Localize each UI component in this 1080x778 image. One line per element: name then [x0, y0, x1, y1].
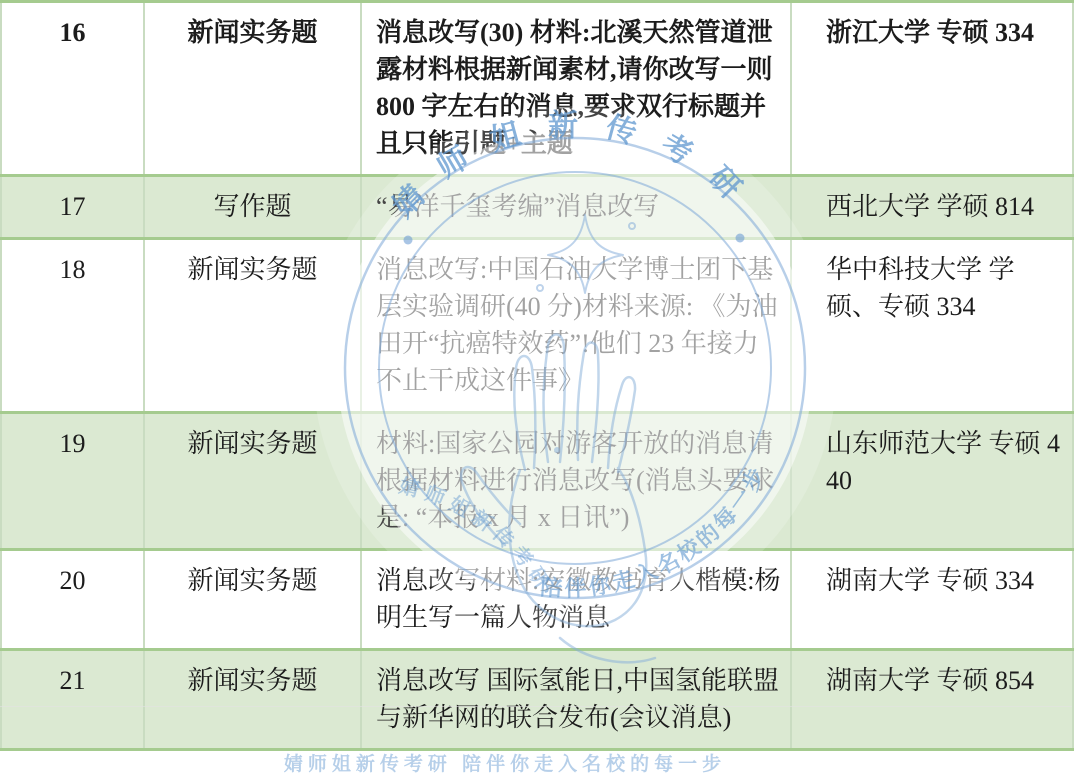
cell-question-content: “易洋千玺考编”消息改写	[361, 176, 791, 239]
table-row: 21 新闻实务题 消息改写 国际氢能日,中国氢能联盟与新华网的联合发布(会议消息…	[1, 650, 1073, 750]
document-page: 16 新闻实务题 消息改写(30) 材料:北溪天然管道泄露材料根据新闻素材,请你…	[0, 0, 1080, 778]
cell-question-type: 新闻实务题	[144, 413, 361, 550]
cell-school-program: 湖南大学 专硕 334	[791, 550, 1073, 650]
cell-question-number: 16	[1, 2, 144, 176]
cell-question-type: 新闻实务题	[144, 239, 361, 413]
cell-question-number: 21	[1, 650, 144, 750]
cell-question-type: 新闻实务题	[144, 2, 361, 176]
cell-school-program: 华中科技大学 学硕、专硕 334	[791, 239, 1073, 413]
table-row: 16 新闻实务题 消息改写(30) 材料:北溪天然管道泄露材料根据新闻素材,请你…	[1, 2, 1073, 176]
cell-school-program: 西北大学 学硕 814	[791, 176, 1073, 239]
cell-school-program: 湖南大学 专硕 854	[791, 650, 1073, 750]
table-row: 17 写作题 “易洋千玺考编”消息改写 西北大学 学硕 814	[1, 176, 1073, 239]
cell-question-content: 消息改写(30) 材料:北溪天然管道泄露材料根据新闻素材,请你改写一则 800 …	[361, 2, 791, 176]
table-row: 19 新闻实务题 材料:国家公园对游客开放的消息请根据材料进行消息改写(消息头要…	[1, 413, 1073, 550]
exam-questions-table: 16 新闻实务题 消息改写(30) 材料:北溪天然管道泄露材料根据新闻素材,请你…	[0, 0, 1074, 751]
cell-question-type: 新闻实务题	[144, 650, 361, 750]
cell-question-number: 17	[1, 176, 144, 239]
cell-school-program: 山东师范大学 专硕 440	[791, 413, 1073, 550]
cell-question-type: 写作题	[144, 176, 361, 239]
cell-question-content: 消息改写 国际氢能日,中国氢能联盟与新华网的联合发布(会议消息)	[361, 650, 791, 750]
cell-question-number: 18	[1, 239, 144, 413]
bottom-watermark-text: 婧师姐新传考研 陪伴你走入名校的每一步	[284, 752, 726, 775]
cell-question-content: 材料:国家公园对游客开放的消息请根据材料进行消息改写(消息头要求是: “本报 x…	[361, 413, 791, 550]
table-bottom-shadow	[0, 706, 1072, 707]
table-row: 18 新闻实务题 消息改写:中国石油大学博士团下基层实验调研(40 分)材料来源…	[1, 239, 1073, 413]
cell-school-program: 浙江大学 专硕 334	[791, 2, 1073, 176]
cell-question-number: 20	[1, 550, 144, 650]
cell-question-type: 新闻实务题	[144, 550, 361, 650]
table-body: 16 新闻实务题 消息改写(30) 材料:北溪天然管道泄露材料根据新闻素材,请你…	[1, 2, 1073, 750]
cell-question-number: 19	[1, 413, 144, 550]
table-row: 20 新闻实务题 消息改写材料:安徽教书育人楷模:杨明生写一篇人物消息 湖南大学…	[1, 550, 1073, 650]
cell-question-content: 消息改写:中国石油大学博士团下基层实验调研(40 分)材料来源: 《为油田开“抗…	[361, 239, 791, 413]
cell-question-content: 消息改写材料:安徽教书育人楷模:杨明生写一篇人物消息	[361, 550, 791, 650]
